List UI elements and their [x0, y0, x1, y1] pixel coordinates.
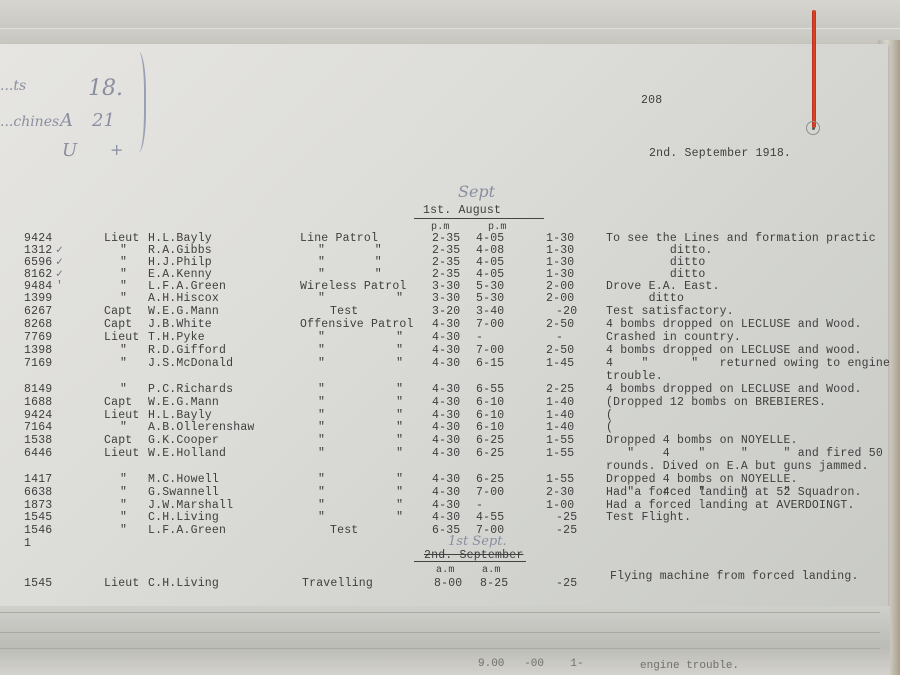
- row-duty: " ": [318, 487, 403, 500]
- row2-end: 8-25: [480, 578, 508, 591]
- row-end: 7-00: [476, 345, 504, 358]
- row2-duty: Travelling: [302, 578, 373, 591]
- row-name: A.H.Hiscox: [148, 293, 219, 306]
- row-start: 4-30: [432, 384, 460, 397]
- row-rank: ": [120, 358, 127, 371]
- row-duty: " ": [318, 512, 403, 525]
- row-name: J.S.McDonald: [148, 358, 233, 371]
- row-end: 6-25: [476, 435, 504, 448]
- row-remarks: 4 bombs dropped on LECLUSE and Wood.: [606, 319, 862, 332]
- margin-brace: [128, 52, 146, 152]
- row-duty: " ": [318, 397, 403, 410]
- row-remarks: Dropped 4 bombs on NOYELLE.: [606, 435, 798, 448]
- row-name: T.H.Pyke: [148, 332, 205, 345]
- row-time: -: [556, 332, 563, 345]
- row-name: G.K.Cooper: [148, 435, 219, 448]
- row-start: 4-30: [432, 435, 460, 448]
- row-end: 3-40: [476, 306, 504, 319]
- under-sheet-times: 9.00 -00 1-: [478, 658, 584, 670]
- row-rank: ": [120, 345, 127, 358]
- section-date-text: 1st. August: [423, 204, 501, 217]
- row-end: 6-10: [476, 397, 504, 410]
- section-date-header: 1st. August: [423, 205, 501, 218]
- row-start: 4-30: [432, 358, 460, 371]
- page-number: 208: [641, 95, 662, 108]
- row-remarks: Test Flight.: [606, 512, 691, 525]
- row2-start: 8-00: [434, 578, 462, 591]
- row-remarks: Had a forced landing at 52 Squadron.: [606, 487, 862, 500]
- margin-note-value-3: +: [110, 140, 123, 159]
- margin-note-label-1: ...ts: [0, 78, 26, 94]
- margin-note-label-2: ...chines: [0, 114, 59, 130]
- row-time: -25: [556, 525, 577, 538]
- row-remarks-continued: rounds. Dived on E.A but guns jammed.: [606, 461, 869, 474]
- row-duty: " ": [318, 474, 403, 487]
- row-start: 4-30: [432, 512, 460, 525]
- row-rank: Lieut: [104, 332, 140, 345]
- row-no: 8268: [24, 319, 52, 332]
- col2-end-unit: a.m: [482, 565, 501, 578]
- row-no: 8149: [24, 384, 52, 397]
- row2-rank: Lieut: [104, 578, 140, 591]
- row-end: 6-25: [476, 474, 504, 487]
- margin-note-value-2: 21: [92, 110, 115, 131]
- row-no: 1399: [24, 293, 52, 306]
- row-no: 7769: [24, 332, 52, 345]
- row-duty: " ": [318, 293, 403, 306]
- row-remarks: Test satisfactory.: [606, 306, 734, 319]
- header-underline: [414, 218, 544, 219]
- margin-note-bracket-b: U: [62, 140, 77, 161]
- row2-name: C.H.Living: [148, 578, 219, 591]
- row2-time: -25: [556, 578, 577, 591]
- row-end: -: [476, 332, 483, 345]
- row-rank: ": [120, 293, 127, 306]
- row-name: W.E.G.Mann: [148, 397, 219, 410]
- row-name: R.D.Gifford: [148, 345, 226, 358]
- row-start: 3-20: [432, 306, 460, 319]
- row-time: 1-40: [546, 397, 574, 410]
- stray-line-number: 1: [24, 538, 31, 551]
- row-duty: " ": [318, 345, 403, 358]
- row-rank: Capt: [104, 319, 132, 332]
- row-start: 4-30: [432, 448, 460, 461]
- margin-note-bracket-a: A: [60, 110, 73, 131]
- row-end: 6-10: [476, 422, 504, 435]
- row-time: 1-55: [546, 474, 574, 487]
- row-duty: Offensive Patrol: [300, 319, 414, 332]
- punch-hole-eyelet: [806, 121, 820, 135]
- col2-start-unit: a.m: [436, 565, 455, 578]
- underlying-sheets: 9.00 -00 1- engine trouble.: [0, 606, 890, 675]
- row-time: 1-55: [546, 435, 574, 448]
- row-rank: ": [120, 384, 127, 397]
- row-duty: Test: [330, 306, 358, 319]
- row-rank: Capt: [104, 397, 132, 410]
- row-name: A.B.Ollerenshaw: [148, 422, 255, 435]
- row2-no: 1545: [24, 578, 52, 591]
- row-time: 2-50: [546, 319, 574, 332]
- row-name: J.B.White: [148, 319, 212, 332]
- row-check-mark: ': [56, 281, 63, 294]
- handwritten-date-correction-2: 1st Sept.: [448, 534, 507, 549]
- row-no: 1688: [24, 397, 52, 410]
- row-no: 7164: [24, 422, 52, 435]
- row-end: 4-55: [476, 512, 504, 525]
- row-remarks-continued: trouble.: [606, 371, 663, 384]
- row-name: G.Swannell: [148, 487, 219, 500]
- row-name: W.E.G.Mann: [148, 306, 219, 319]
- row-remarks: 4 bombs dropped on LECLUSE and wood.: [606, 345, 862, 358]
- row-start: 4-30: [432, 474, 460, 487]
- row-time: 1-55: [546, 448, 574, 461]
- row-start: 4-30: [432, 397, 460, 410]
- row-start: 4-30: [432, 332, 460, 345]
- row-time: 2-50: [546, 345, 574, 358]
- row-remarks: ditto: [606, 293, 684, 306]
- row-time: 1-45: [546, 358, 574, 371]
- row-no: 1398: [24, 345, 52, 358]
- row-time: -25: [556, 512, 577, 525]
- row-duty: " ": [318, 384, 403, 397]
- row-duty: " ": [318, 422, 403, 435]
- row-duty: " ": [318, 358, 403, 371]
- row-name: P.C.Richards: [148, 384, 233, 397]
- row-end: 5-30: [476, 293, 504, 306]
- row-end: 6-55: [476, 384, 504, 397]
- row-start: 4-30: [432, 487, 460, 500]
- row-start: 4-30: [432, 345, 460, 358]
- row-no: 6446: [24, 448, 52, 461]
- row-duty: " ": [318, 435, 403, 448]
- row-remarks: (: [606, 422, 613, 435]
- row-end: 7-00: [476, 319, 504, 332]
- row-time: 2-25: [546, 384, 574, 397]
- row-name: L.F.A.Green: [148, 525, 226, 538]
- row-no: 1417: [24, 474, 52, 487]
- row-end: 6-15: [476, 358, 504, 371]
- row-duty: " ": [318, 448, 403, 461]
- row-remarks: 4 " " returned owing to engine: [606, 358, 890, 371]
- row-end: 7-00: [476, 487, 504, 500]
- row-duty: " ": [318, 332, 403, 345]
- row-no: 1545: [24, 512, 52, 525]
- row-rank: Lieut: [104, 448, 140, 461]
- row-no: 1546: [24, 525, 52, 538]
- row-rank: ": [120, 422, 127, 435]
- row-rank: ": [120, 487, 127, 500]
- row-remarks: 4 bombs dropped on LECLUSE and Wood.: [606, 384, 862, 397]
- row-remarks: Crashed in country.: [606, 332, 741, 345]
- row-time: 1-40: [546, 422, 574, 435]
- row-duty: Test: [330, 525, 358, 538]
- row-name: M.C.Howell: [148, 474, 219, 487]
- row-end: 6-25: [476, 448, 504, 461]
- handwritten-date-correction: Sept: [458, 182, 495, 201]
- row-name: W.E.Holland: [148, 448, 226, 461]
- row-no: 1538: [24, 435, 52, 448]
- row-no: 7169: [24, 358, 52, 371]
- under-sheet-remark: engine trouble.: [640, 660, 739, 672]
- row-start: 4-30: [432, 422, 460, 435]
- row-rank: ": [120, 525, 127, 538]
- row-remarks: Dropped 4 bombs on NOYELLE.: [606, 474, 798, 487]
- row-rank: Capt: [104, 306, 132, 319]
- row-name: C.H.Living: [148, 512, 219, 525]
- row2-remarks: Flying machine from forced landing.: [610, 571, 859, 584]
- row-rank: ": [120, 474, 127, 487]
- row-remarks: " 4 " " " and fired 50: [606, 448, 883, 461]
- row-remarks: (Dropped 12 bombs on BREBIERES.: [606, 397, 826, 410]
- header-underline-2: [414, 561, 526, 562]
- row-rank: Capt: [104, 435, 132, 448]
- row-no: 6267: [24, 306, 52, 319]
- row-start: 3-30: [432, 293, 460, 306]
- red-tag-string: [812, 10, 816, 128]
- row-start: 4-30: [432, 319, 460, 332]
- row-time: 2-30: [546, 487, 574, 500]
- row-no: 6638: [24, 487, 52, 500]
- row-rank: ": [120, 512, 127, 525]
- row-time: 2-00: [546, 293, 574, 306]
- document-date: 2nd. September 1918.: [649, 148, 791, 161]
- row-time: -20: [556, 306, 577, 319]
- margin-note-value-1: 18.: [88, 76, 123, 101]
